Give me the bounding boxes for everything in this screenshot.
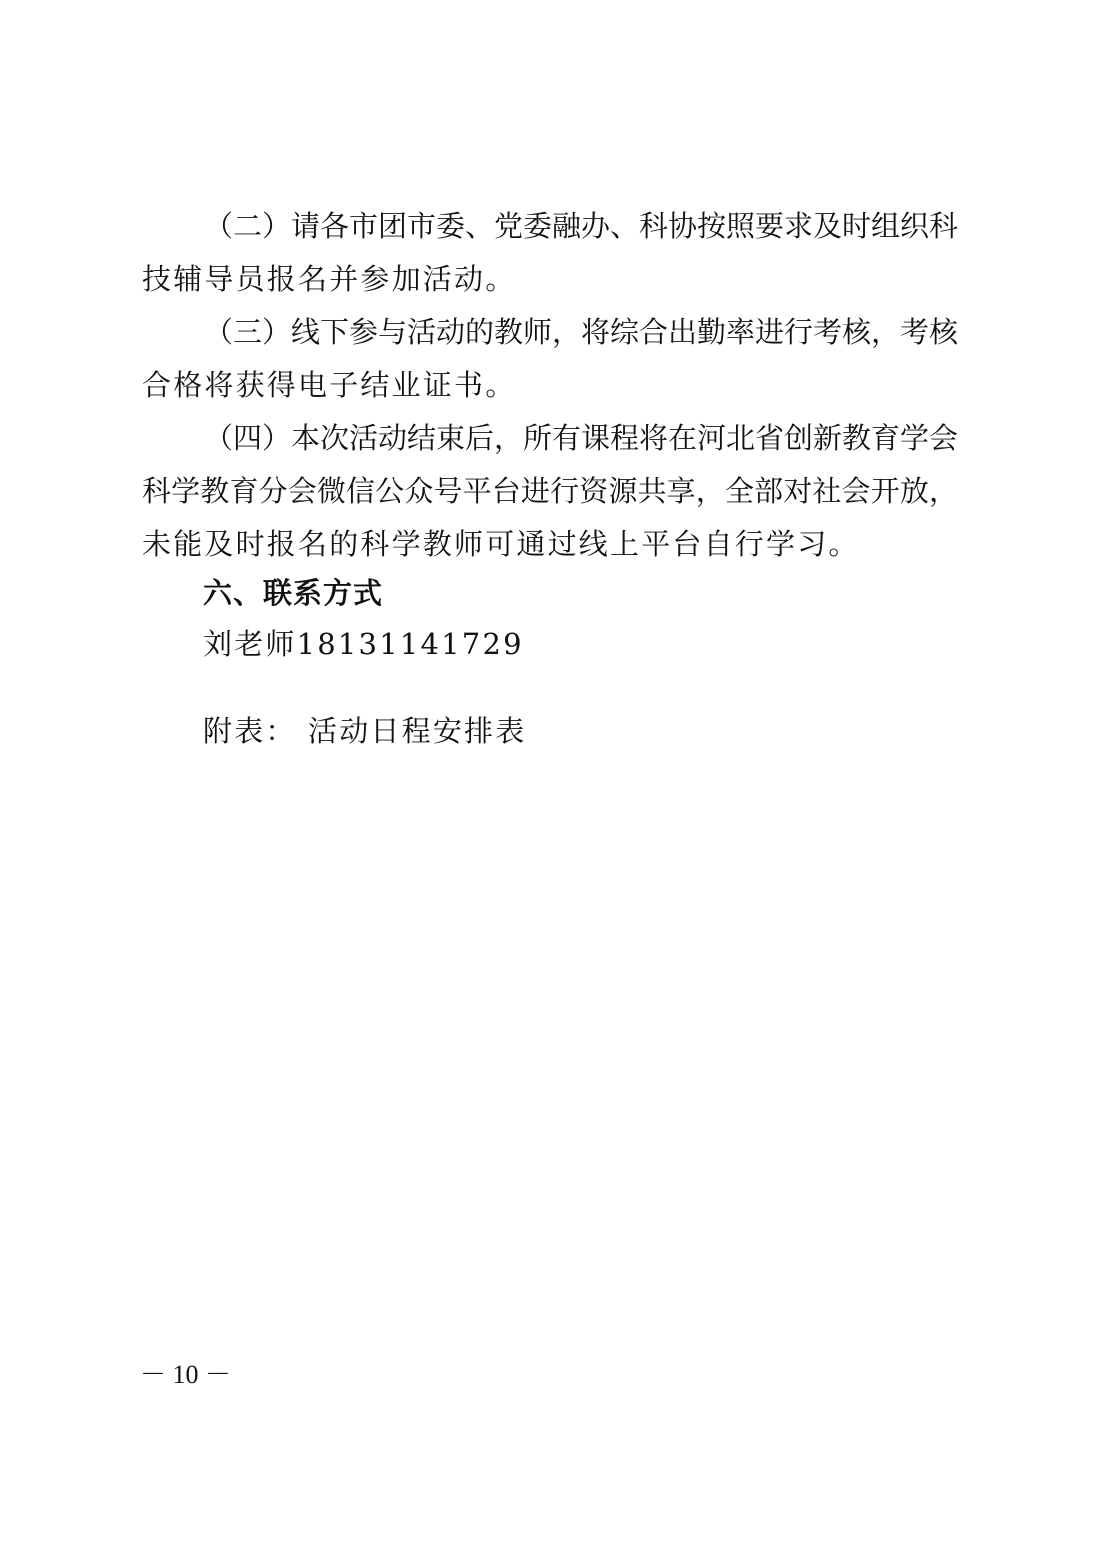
attachment-reference: 附表： 活动日程安排表	[203, 713, 526, 749]
page-number: － 10 －	[140, 1354, 231, 1391]
paragraph-4-line-2: 科学教育分会微信公众号平台进行资源共享，全部对社会开放，	[142, 473, 958, 509]
paragraph-2-line-1: （二）请各市团市委、党委融办、科协按照要求及时组织科	[142, 208, 958, 244]
paragraph-2-line-2: 技辅导员报名并参加活动。	[142, 261, 516, 297]
paragraph-3-line-2: 合格将获得电子结业证书。	[142, 367, 516, 403]
contact-info: 刘老师18131141729	[203, 626, 524, 662]
paragraph-4-line-1: （四）本次活动结束后，所有课程将在河北省创新教育学会	[142, 420, 958, 456]
paragraph-3-line-1: （三）线下参与活动的教师，将综合出勤率进行考核，考核	[142, 314, 958, 350]
section-heading-contact: 六、联系方式	[203, 575, 383, 611]
paragraph-4-line-3: 未能及时报名的科学教师可通过线上平台自行学习。	[142, 526, 860, 562]
